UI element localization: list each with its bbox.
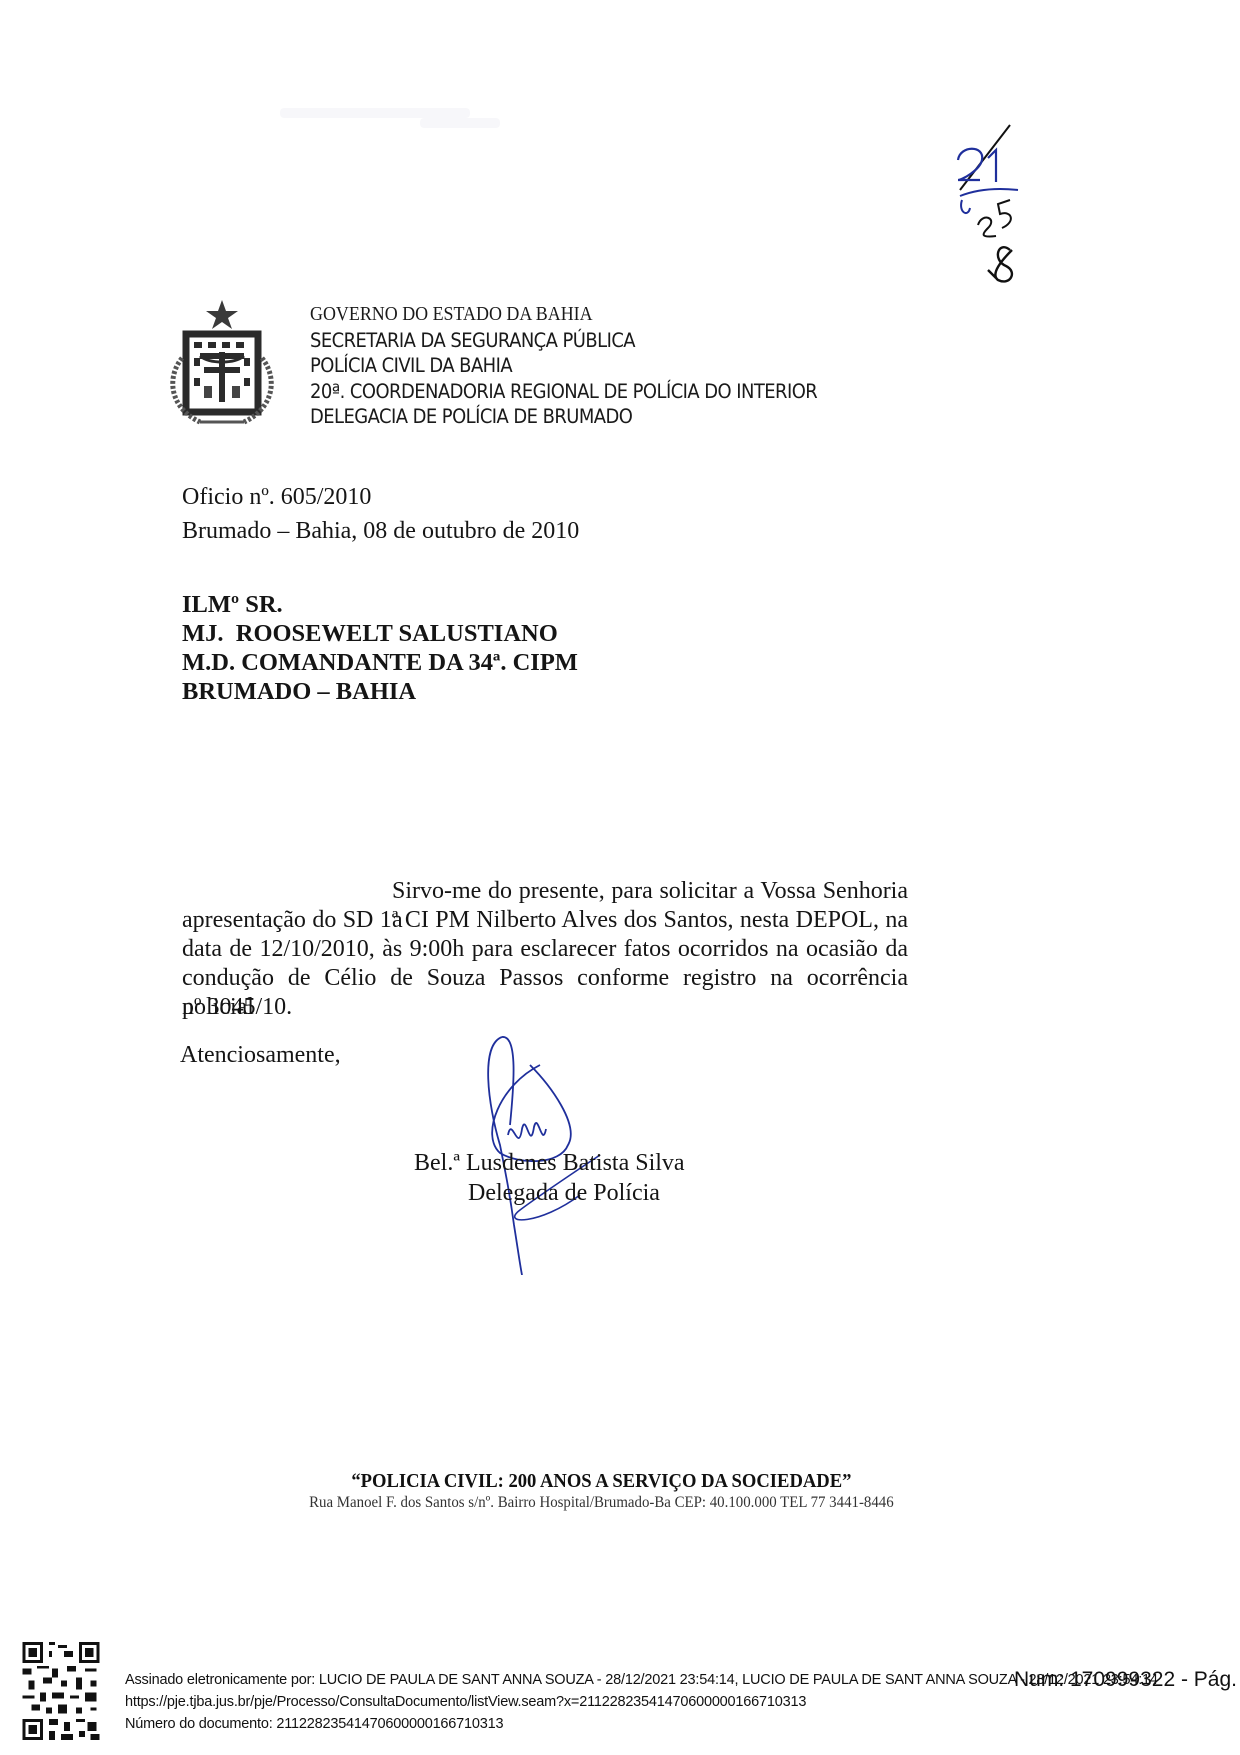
scan-artifact bbox=[280, 108, 470, 118]
handwritten-folio-annotation bbox=[940, 100, 1070, 290]
body-line: Sirvo-me do presente, para solicitar a V… bbox=[182, 877, 908, 906]
letterhead-line: GOVERNO DO ESTADO DA BAHIA bbox=[310, 302, 817, 328]
body-line: data de 12/10/2010, às 9:00h para esclar… bbox=[182, 935, 908, 964]
document-reference: Oficio nº. 605/2010 Brumado – Bahia, 08 … bbox=[182, 480, 579, 548]
qr-code-icon bbox=[22, 1642, 100, 1740]
body-paragraph: Sirvo-me do presente, para solicitar a V… bbox=[182, 877, 908, 1022]
closing: Atenciosamente, bbox=[180, 1042, 341, 1069]
letterhead: GOVERNO DO ESTADO DA BAHIA SECRETARIA DA… bbox=[310, 302, 817, 430]
letterhead-line: 20ª. COORDENADORIA REGIONAL DE POLÍCIA D… bbox=[310, 379, 817, 405]
oficio-number: Oficio nº. 605/2010 bbox=[182, 480, 579, 514]
scan-artifact bbox=[420, 118, 500, 128]
letterhead-line: POLÍCIA CIVIL DA BAHIA bbox=[310, 353, 817, 379]
coat-of-arms-icon bbox=[160, 298, 285, 426]
page-stamp: Num: 170999322 - Pág. 1 bbox=[1014, 1668, 1240, 1692]
addressee-block: ILMº SR. MJ. ROOSEWELT SALUSTIANO M.D. C… bbox=[182, 590, 578, 706]
signatory-title: Delegada de Polícia bbox=[468, 1180, 660, 1207]
signatory-name: Bel.ª Lusdenes Batista Silva bbox=[414, 1150, 685, 1177]
place-date: Brumado – Bahia, 08 de outubro de 2010 bbox=[182, 514, 579, 548]
letterhead-line: DELEGACIA DE POLÍCIA DE BRUMADO bbox=[310, 404, 817, 430]
addressee-line: M.D. COMANDANTE DA 34ª. CIPM bbox=[182, 648, 578, 677]
institution-motto: “POLICIA CIVIL: 200 ANOS A SERVIÇO DA SO… bbox=[43, 1470, 1196, 1493]
document-number: Número do documento: 2112282354147060000… bbox=[125, 1716, 503, 1732]
addressee-line: ILMº SR. bbox=[182, 590, 578, 619]
body-line: condução de Célio de Souza Passos confor… bbox=[182, 964, 908, 993]
body-line: apresentação do SD 1ª CI PM Nilberto Alv… bbox=[182, 906, 908, 935]
letterhead-line: SECRETARIA DA SEGURANÇA PÚBLICA bbox=[310, 328, 817, 354]
electronic-signature-line: Assinado eletronicamente por: LUCIO DE P… bbox=[125, 1672, 1158, 1688]
body-line: nº 3045/10. bbox=[182, 993, 908, 1022]
document-url[interactable]: https://pje.tjba.jus.br/pje/Processo/Con… bbox=[125, 1694, 806, 1710]
addressee-line: MJ. ROOSEWELT SALUSTIANO bbox=[182, 619, 578, 648]
institution-address: Rua Manoel F. dos Santos s/nº. Bairro Ho… bbox=[43, 1494, 1196, 1512]
addressee-line: BRUMADO – BAHIA bbox=[182, 677, 578, 706]
